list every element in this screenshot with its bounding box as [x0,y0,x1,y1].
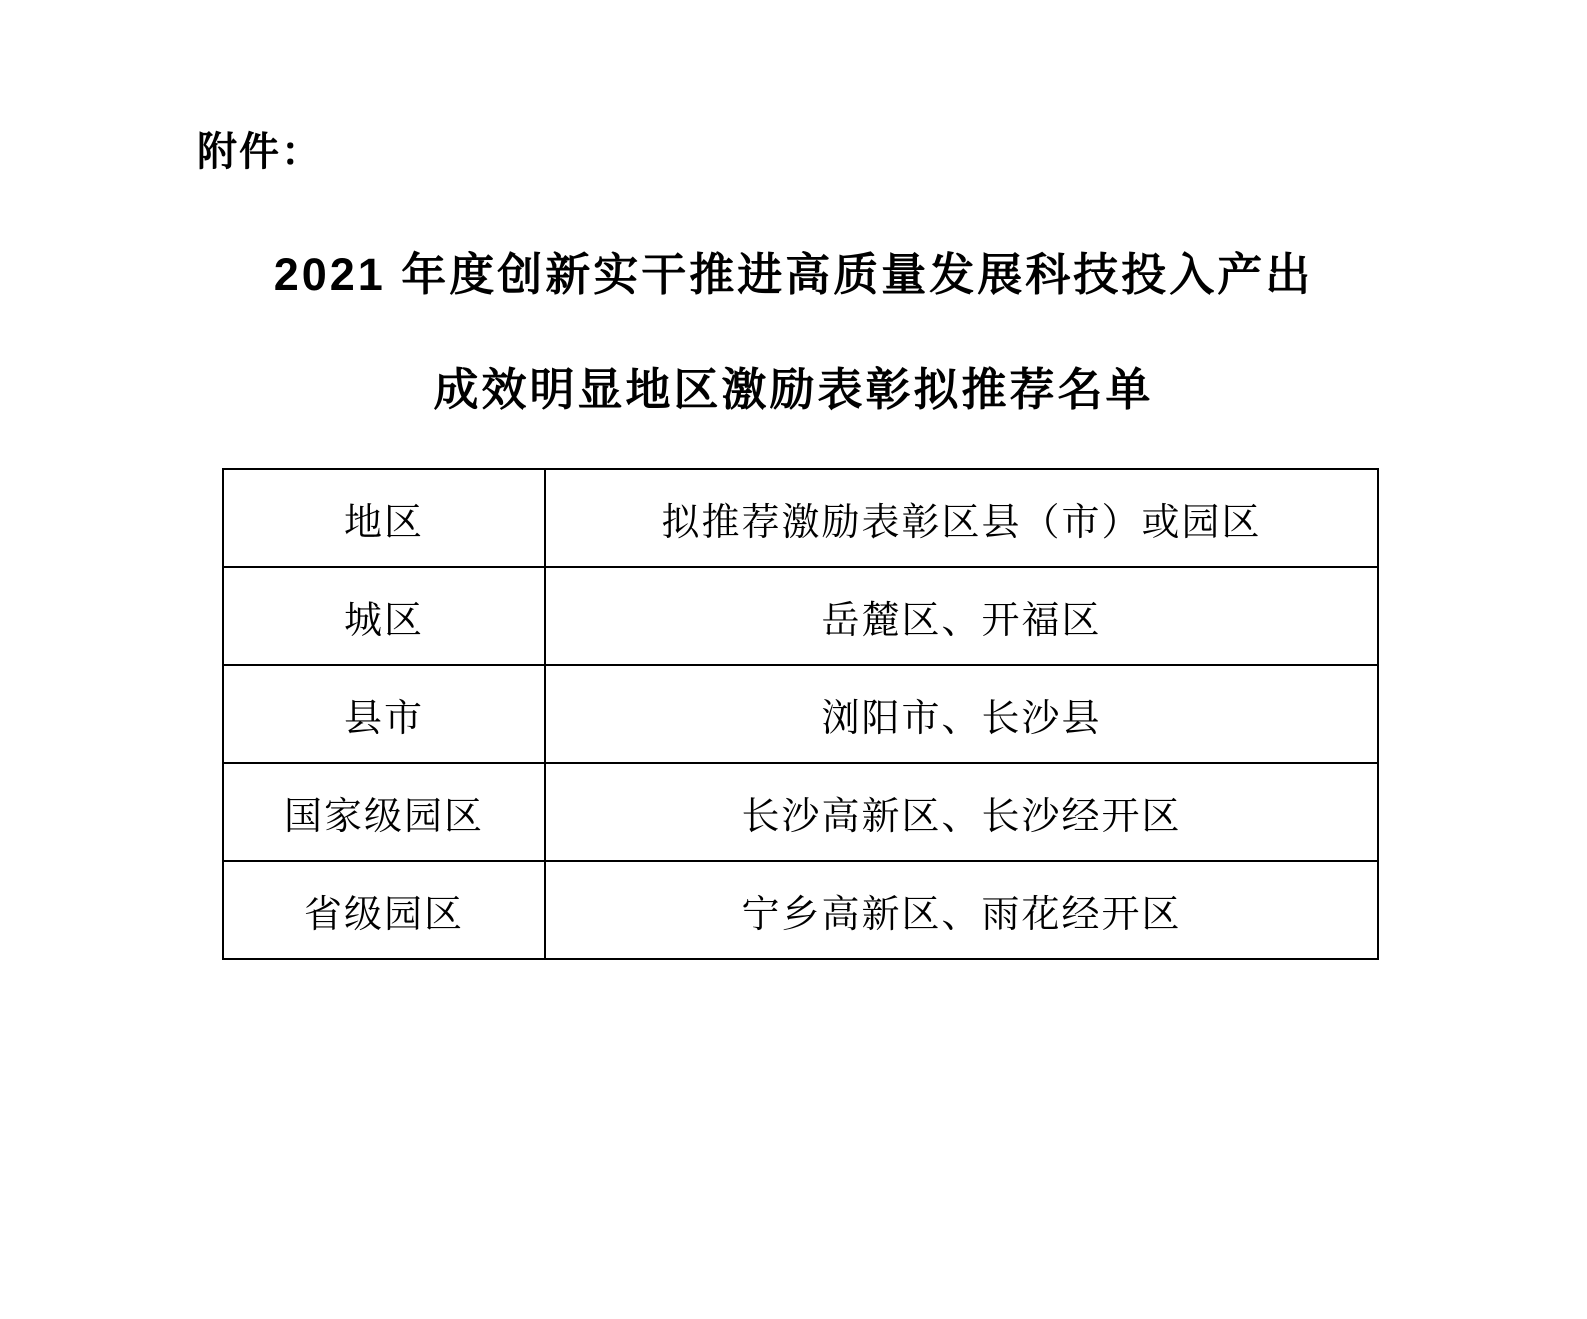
document-title-line-2: 成效明显地区激励表彰拟推荐名单 [0,363,1587,417]
region-column-header: 地区 [223,469,545,567]
recommendation-table: 地区 拟推荐激励表彰区县（市）或园区 城区 岳麓区、开福区 县市 浏阳市、长沙县… [222,468,1379,960]
table-row: 省级园区 宁乡高新区、雨花经开区 [223,861,1378,959]
document-title-line-1: 2021 年度创新实干推进高质量发展科技投入产出 [0,248,1587,302]
table-header-row: 地区 拟推荐激励表彰区县（市）或园区 [223,469,1378,567]
region-type-cell: 县市 [223,665,545,763]
recommended-areas-column-header: 拟推荐激励表彰区县（市）或园区 [545,469,1378,567]
table-row: 国家级园区 长沙高新区、长沙经开区 [223,763,1378,861]
region-type-cell: 国家级园区 [223,763,545,861]
region-type-cell: 城区 [223,567,545,665]
recommended-areas-cell: 宁乡高新区、雨花经开区 [545,861,1378,959]
region-type-cell: 省级园区 [223,861,545,959]
document-page: 附件： 2021 年度创新实干推进高质量发展科技投入产出 成效明显地区激励表彰拟… [0,0,1587,1319]
recommended-areas-cell: 长沙高新区、长沙经开区 [545,763,1378,861]
recommended-areas-cell: 浏阳市、长沙县 [545,665,1378,763]
recommended-areas-cell: 岳麓区、开福区 [545,567,1378,665]
table-row: 县市 浏阳市、长沙县 [223,665,1378,763]
attachment-label: 附件： [197,130,323,174]
table-row: 城区 岳麓区、开福区 [223,567,1378,665]
